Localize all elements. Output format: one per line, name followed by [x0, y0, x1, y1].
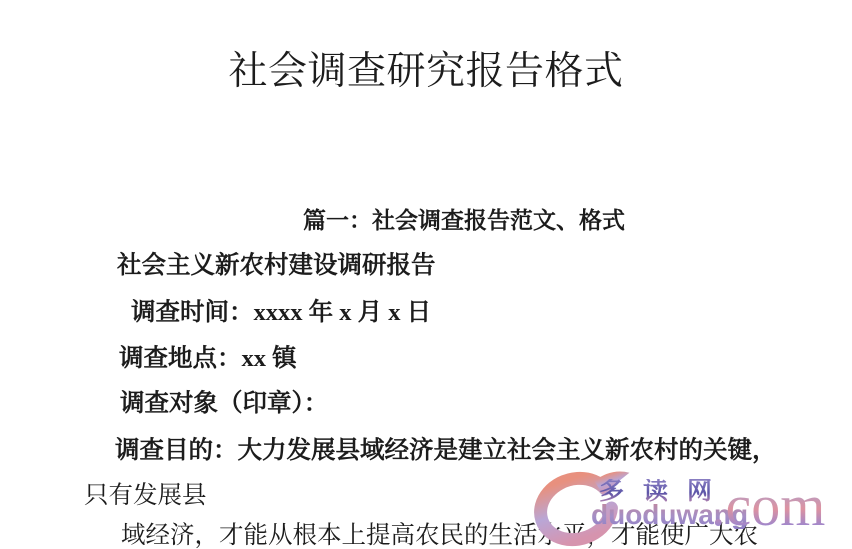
- survey-place-line: 调查地点：xx 镇: [119, 347, 297, 372]
- report-title-line: 社会主义新农村建设调研报告: [117, 254, 436, 279]
- section-heading: 篇一：社会调查报告范文、格式: [303, 209, 625, 232]
- watermark-domain-suffix: .com: [711, 477, 825, 535]
- survey-time-line: 调查时间：xxxx 年 x 月 x 日: [131, 301, 431, 326]
- document-title: 社会调查研究报告格式: [0, 52, 852, 91]
- duoduwang-watermark: 多读网 duoduwang .com: [520, 460, 852, 549]
- survey-subject-line: 调查对象（印章）：: [120, 392, 328, 417]
- document-page: 社会调查研究报告格式 篇一：社会调查报告范文、格式 社会主义新农村建设调研报告 …: [0, 0, 852, 549]
- paragraph-wrap-line: 只有发展县: [84, 484, 207, 509]
